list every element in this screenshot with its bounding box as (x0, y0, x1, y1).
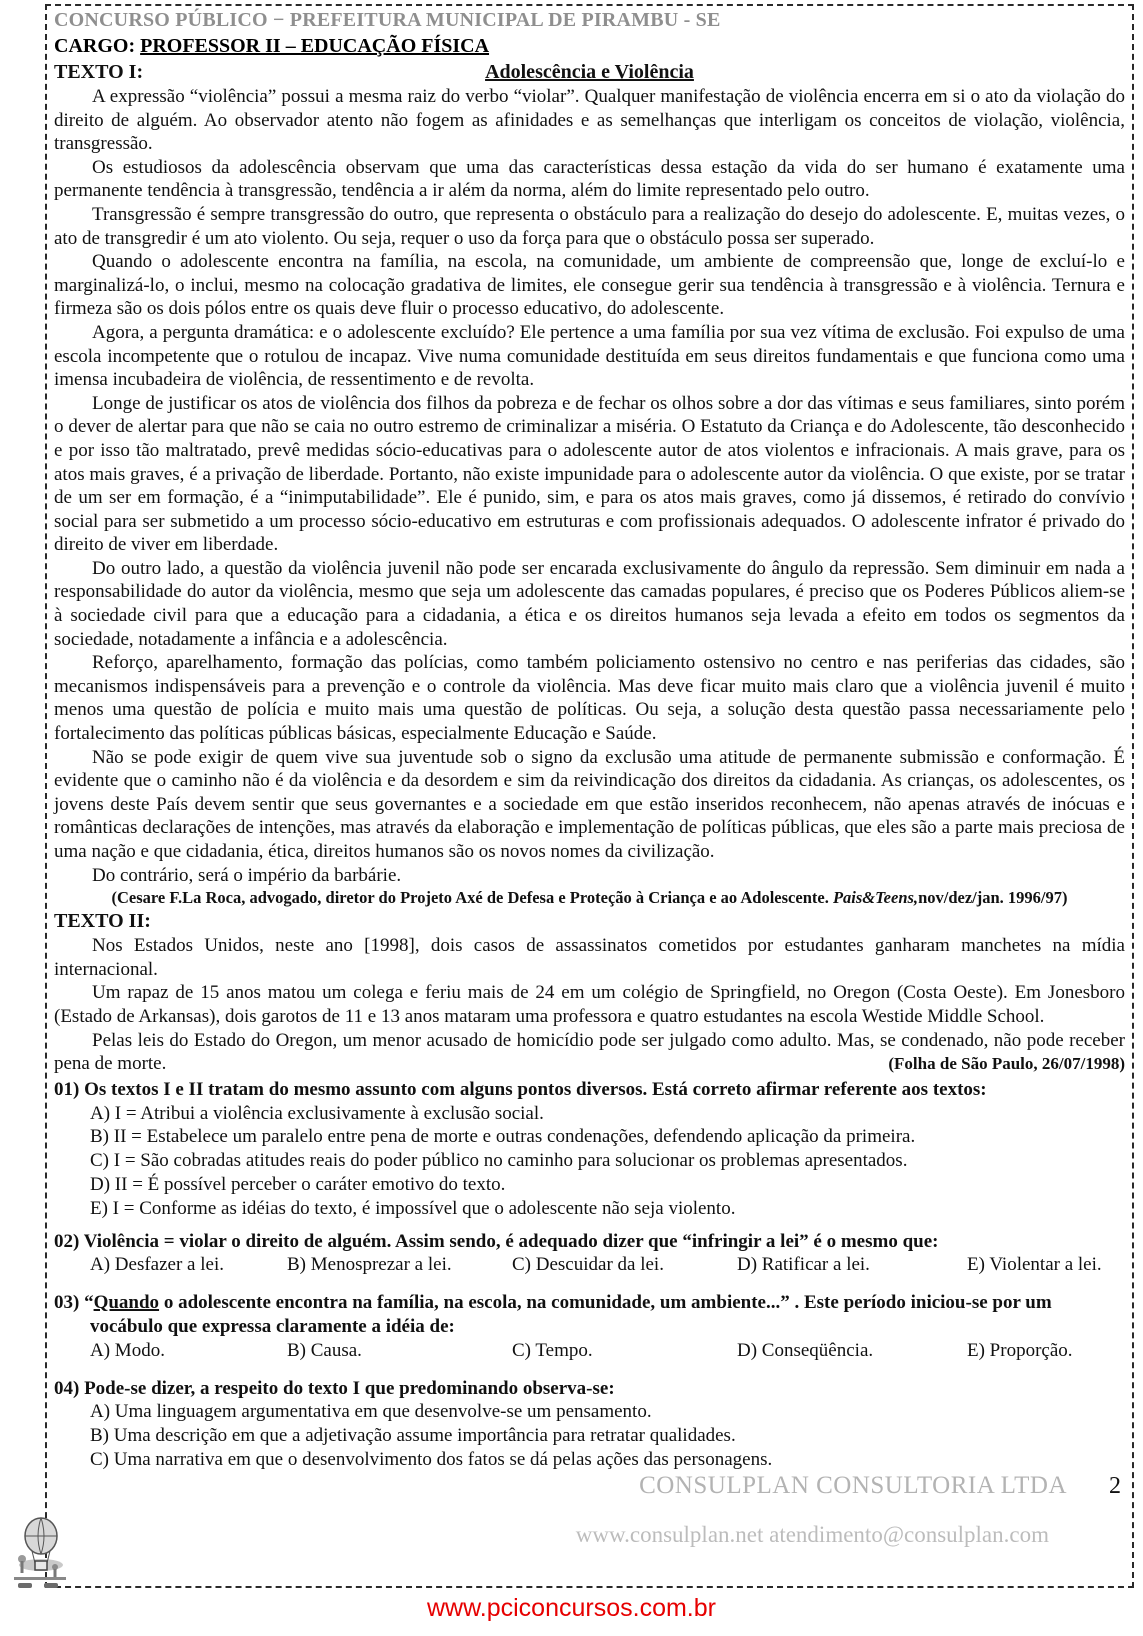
texto1-paragraph: Não se pode exigir de quem vive sua juve… (54, 746, 1125, 864)
texto1-attribution: (Cesare F.La Roca, advogado, diretor do … (54, 887, 1125, 909)
texto1-paragraph: Longe de justificar os atos de violência… (54, 392, 1125, 557)
question-01-statement: 01) Os textos I e II tratam do mesmo ass… (54, 1078, 1125, 1102)
consulplan-balloon-logo (8, 1515, 70, 1596)
exam-title: CONCURSO PÚBLICO − PREFEITURA MUNICIPAL … (54, 8, 1125, 33)
pciconcursos-url[interactable]: www.pciconcursos.com.br (0, 1594, 1143, 1623)
texto2-citation: (Folha de São Paulo, 26/07/1998) (882, 1052, 1125, 1076)
question-02-statement: 02) Violência = violar o direito de algu… (54, 1230, 1125, 1254)
question-03-statement-pre: 03) “ (54, 1292, 94, 1313)
texto1-paragraph: Transgressão é sempre transgressão do ou… (54, 203, 1125, 250)
footer-contact: www.consulplan.net atendimento@consulpla… (576, 1522, 1049, 1548)
question-03-options: A) Modo. B) Causa. C) Tempo. D) Conseqüê… (54, 1339, 1125, 1363)
attribution-prefix: (Cesare F.La Roca, advogado, diretor do … (112, 888, 833, 907)
question-04-option-b: B) Uma descrição em que a adjetivação as… (54, 1424, 1125, 1448)
question-03-option-b: B) Causa. (287, 1339, 512, 1363)
question-02-option-a: A) Desfazer a lei. (90, 1253, 287, 1277)
texto2-paragraph: Nos Estados Unidos, neste ano [1998], do… (54, 934, 1125, 981)
question-03-statement-post: o adolescente encontra na família, na es… (90, 1292, 1052, 1337)
texto1-paragraph: Agora, a pergunta dramática: e o adolesc… (54, 321, 1125, 392)
question-02: 02) Violência = violar o direito de algu… (54, 1230, 1125, 1278)
footer-company-line: CONSULPLAN CONSULTORIA LTDA 2 (576, 1472, 1121, 1500)
question-01-option-a: A) I = Atribui a violência exclusivament… (54, 1102, 1125, 1126)
question-03-option-c: C) Tempo. (512, 1339, 737, 1363)
texto2-paragraph: Pelas leis do Estado do Oregon, um menor… (54, 1029, 1125, 1076)
page-border: CONCURSO PÚBLICO − PREFEITURA MUNICIPAL … (45, 4, 1134, 1588)
question-02-options: A) Desfazer a lei. B) Menosprezar a lei.… (54, 1253, 1125, 1277)
question-03: 03) “Quando o adolescente encontra na fa… (54, 1291, 1125, 1362)
cargo-label: CARGO: (54, 35, 140, 57)
texto1-paragraph: Os estudiosos da adolescência observam q… (54, 156, 1125, 203)
question-02-option-e: E) Violentar a lei. (967, 1253, 1102, 1277)
question-01-option-b: B) II = Estabelece um paralelo entre pen… (54, 1125, 1125, 1149)
texto2-label: TEXTO II: (54, 909, 1125, 934)
question-02-option-c: C) Descuidar da lei. (512, 1253, 737, 1277)
question-01-option-e: E) I = Conforme as idéias do texto, é im… (54, 1197, 1125, 1221)
texto1-paragraph: Reforço, aparelhamento, formação das pol… (54, 651, 1125, 745)
cargo-line: CARGO: PROFESSOR II – EDUCAÇÃO FÍSICA (54, 33, 1125, 59)
question-03-option-d: D) Conseqüência. (737, 1339, 967, 1363)
texto1-paragraph: A expressão “violência” possui a mesma r… (54, 85, 1125, 156)
question-01-option-c: C) I = São cobradas atitudes reais do po… (54, 1149, 1125, 1173)
footer-company: CONSULPLAN CONSULTORIA LTDA (639, 1472, 1067, 1500)
texto1-title: Adolescência e Violência (485, 61, 694, 83)
texto1-header: TEXTO I: Adolescência e Violência (54, 59, 1125, 85)
question-03-statement-underlined: Quando (94, 1292, 159, 1313)
question-02-option-b: B) Menosprezar a lei. (287, 1253, 512, 1277)
question-03-statement: 03) “Quando o adolescente encontra na fa… (54, 1291, 1125, 1339)
texto2-paragraph: Um rapaz de 15 anos matou um colega e fe… (54, 981, 1125, 1028)
texto1-paragraph: Do outro lado, a questão da violência ju… (54, 557, 1125, 651)
question-03-option-a: A) Modo. (90, 1339, 287, 1363)
question-04-option-a: A) Uma linguagem argumentativa em que de… (54, 1400, 1125, 1424)
question-01: 01) Os textos I e II tratam do mesmo ass… (54, 1078, 1125, 1221)
texto1-paragraph: Quando o adolescente encontra na família… (54, 250, 1125, 321)
texto1-title-wrap: Adolescência e Violência (54, 59, 1125, 85)
question-01-option-d: D) II = É possível perceber o caráter em… (54, 1173, 1125, 1197)
texto1-label: TEXTO I: (54, 59, 143, 85)
attribution-publication: Pais&Teens, (833, 888, 918, 907)
question-04-option-c: C) Uma narrativa em que o desenvolviment… (54, 1448, 1125, 1472)
question-04-statement: 04) Pode-se dizer, a respeito do texto I… (54, 1377, 1125, 1401)
page-footer: CONSULPLAN CONSULTORIA LTDA 2 www.consul… (576, 1472, 1121, 1548)
page-number: 2 (1109, 1473, 1121, 1500)
texto1-paragraph: Do contrário, será o império da barbárie… (54, 864, 1125, 888)
question-04: 04) Pode-se dizer, a respeito do texto I… (54, 1377, 1125, 1472)
cargo-value: PROFESSOR II – EDUCAÇÃO FÍSICA (140, 35, 489, 57)
attribution-date: nov/dez/jan. 1996/97) (918, 888, 1067, 907)
question-02-option-d: D) Ratificar a lei. (737, 1253, 967, 1277)
question-03-option-e: E) Proporção. (967, 1339, 1073, 1363)
page-content: CONCURSO PÚBLICO − PREFEITURA MUNICIPAL … (47, 6, 1132, 1472)
